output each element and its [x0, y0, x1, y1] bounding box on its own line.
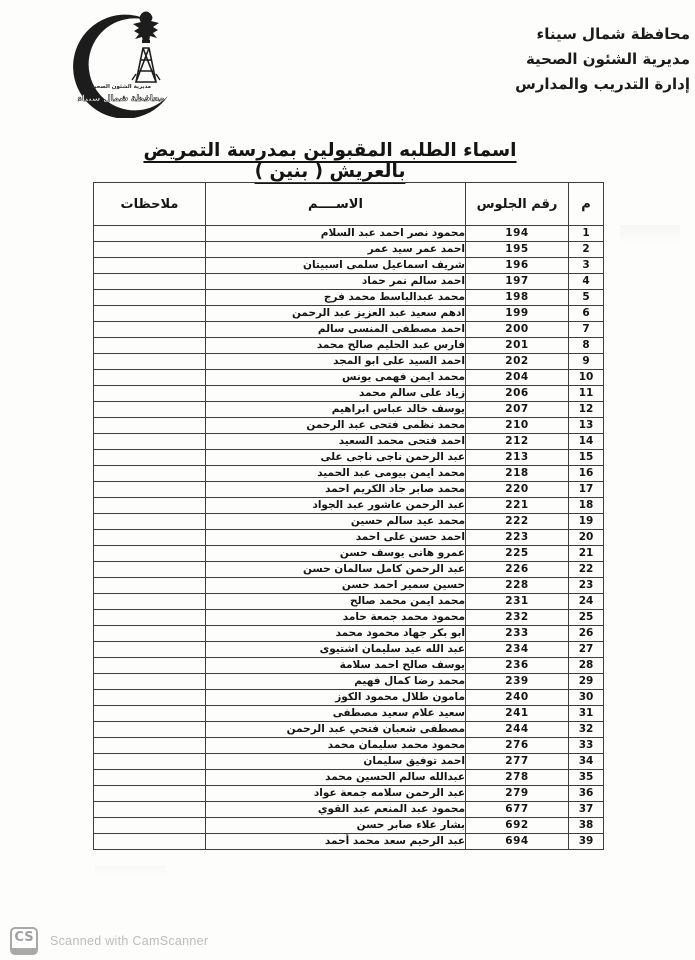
seat-number-cell: 210: [466, 418, 569, 434]
student-name-cell: محمود محمد سليمان محمد: [206, 738, 466, 754]
seat-number-cell: 196: [466, 258, 569, 274]
scan-artifact: [95, 866, 165, 876]
serial-cell: 18: [569, 498, 604, 514]
serial-cell: 1: [569, 226, 604, 242]
notes-cell: [94, 626, 206, 642]
table-row: 8201فارس عبد الحليم صالح محمد: [94, 338, 604, 354]
notes-cell: [94, 482, 206, 498]
camscanner-logo-icon: CS: [10, 927, 38, 955]
table-row: 10204محمد ايمن فهمى يونس: [94, 370, 604, 386]
notes-cell: [94, 434, 206, 450]
student-name-cell: ابو بكر جهاد محمود محمد: [206, 626, 466, 642]
seat-number-cell: 241: [466, 706, 569, 722]
serial-cell: 36: [569, 786, 604, 802]
serial-cell: 30: [569, 690, 604, 706]
org-line-directorate: مديرية الشئون الصحية: [515, 47, 690, 72]
seat-number-cell: 195: [466, 242, 569, 258]
seat-number-cell: 225: [466, 546, 569, 562]
notes-cell: [94, 306, 206, 322]
table-row: 34277احمد توفيق سليمان: [94, 754, 604, 770]
seat-number-cell: 204: [466, 370, 569, 386]
student-name-cell: محمد رضا كمال فهيم: [206, 674, 466, 690]
table-row: 14212احمد فتحى محمد السعيد: [94, 434, 604, 450]
student-name-cell: حسين سمير احمد حسن: [206, 578, 466, 594]
seat-number-cell: 223: [466, 530, 569, 546]
student-name-cell: محمود نصر احمد عبد السلام: [206, 226, 466, 242]
notes-cell: [94, 738, 206, 754]
seat-number-cell: 694: [466, 834, 569, 850]
oil-derrick-icon: [132, 48, 160, 82]
student-name-cell: مصطفى شعبان فتحي عبد الرحمن: [206, 722, 466, 738]
serial-cell: 3: [569, 258, 604, 274]
logo-band-text: محافظة شمال سيناء: [78, 94, 165, 104]
seat-number-cell: 198: [466, 290, 569, 306]
serial-cell: 24: [569, 594, 604, 610]
serial-cell: 13: [569, 418, 604, 434]
table-row: 32244مصطفى شعبان فتحي عبد الرحمن: [94, 722, 604, 738]
table-header-row: م رقم الجلوس الاســــم ملاحظات: [94, 183, 604, 226]
serial-cell: 21: [569, 546, 604, 562]
table-row: 9202احمد السيد على ابو المجد: [94, 354, 604, 370]
student-name-cell: زياد على سالم محمد: [206, 386, 466, 402]
table-row: 13210محمد نظمى فتحى عبد الرحمن: [94, 418, 604, 434]
seat-number-cell: 278: [466, 770, 569, 786]
table-row: 35278عبدالله سالم الحسين محمد: [94, 770, 604, 786]
serial-cell: 28: [569, 658, 604, 674]
notes-cell: [94, 642, 206, 658]
notes-cell: [94, 770, 206, 786]
student-name-cell: احمد فتحى محمد السعيد: [206, 434, 466, 450]
table-row: 28236يوسف صالح احمد سلامة: [94, 658, 604, 674]
table-row: 18221عبد الرحمن عاشور عبد الجواد: [94, 498, 604, 514]
notes-cell: [94, 290, 206, 306]
table-row: 17220محمد صابر جاد الكريم احمد: [94, 482, 604, 498]
student-name-cell: محمد ايمن محمد صالح: [206, 594, 466, 610]
table-row: 6199ادهم سعيد عبد العزيز عبد الرحمن: [94, 306, 604, 322]
seat-number-cell: 201: [466, 338, 569, 354]
letterhead: محافظة شمال سيناء مديرية الشئون الصحية إ…: [515, 22, 690, 97]
notes-cell: [94, 450, 206, 466]
student-name-cell: احمد حسن على احمد: [206, 530, 466, 546]
serial-cell: 2: [569, 242, 604, 258]
notes-cell: [94, 386, 206, 402]
serial-cell: 20: [569, 530, 604, 546]
serial-cell: 34: [569, 754, 604, 770]
table-row: 21225عمرو هانى يوسف حسن: [94, 546, 604, 562]
emblem-svg: مديرية الشئون الصحية محافظة شمال سيناء: [44, 8, 200, 118]
notes-cell: [94, 818, 206, 834]
seat-number-cell: 239: [466, 674, 569, 690]
serial-cell: 35: [569, 770, 604, 786]
table-row: 1194محمود نصر احمد عبد السلام: [94, 226, 604, 242]
scanned-document: مديرية الشئون الصحية محافظة شمال سيناء م…: [0, 0, 695, 960]
serial-cell: 25: [569, 610, 604, 626]
table-row: 20223احمد حسن على احمد: [94, 530, 604, 546]
serial-cell: 29: [569, 674, 604, 690]
notes-cell: [94, 274, 206, 290]
seat-number-cell: 692: [466, 818, 569, 834]
serial-cell: 6: [569, 306, 604, 322]
student-name-cell: يوسف صالح احمد سلامة: [206, 658, 466, 674]
student-name-cell: عبد الله عيد سليمان اشتيوى: [206, 642, 466, 658]
org-line-department: إدارة التدريب والمدارس: [515, 72, 690, 97]
camscanner-caption: Scanned with CamScanner: [50, 934, 208, 948]
student-name-cell: عبد الرحمن سلامه جمعة عواد: [206, 786, 466, 802]
notes-cell: [94, 514, 206, 530]
table-row: 25232محمود محمد جمعة حامد: [94, 610, 604, 626]
seat-number-header: رقم الجلوس: [466, 183, 569, 226]
student-name-cell: عبد الرحيم سعد محمد أحمد: [206, 834, 466, 850]
seat-number-cell: 221: [466, 498, 569, 514]
notes-cell: [94, 402, 206, 418]
org-line-governorate: محافظة شمال سيناء: [515, 22, 690, 47]
serial-cell: 39: [569, 834, 604, 850]
student-name-cell: محمد ايمن بيومى عبد الحميد: [206, 466, 466, 482]
serial-cell: 16: [569, 466, 604, 482]
table-row: 4197احمد سالم نمر حماد: [94, 274, 604, 290]
notes-cell: [94, 802, 206, 818]
table-row: 39694عبد الرحيم سعد محمد أحمد: [94, 834, 604, 850]
table-row: 11206زياد على سالم محمد: [94, 386, 604, 402]
serial-cell: 5: [569, 290, 604, 306]
serial-cell: 11: [569, 386, 604, 402]
serial-cell: 32: [569, 722, 604, 738]
table-row: 3196شريف اسماعيل سلمى اسبيتان: [94, 258, 604, 274]
seat-number-cell: 199: [466, 306, 569, 322]
notes-cell: [94, 338, 206, 354]
seat-number-cell: 677: [466, 802, 569, 818]
notes-cell: [94, 370, 206, 386]
seat-number-cell: 232: [466, 610, 569, 626]
student-name-cell: احمد السيد على ابو المجد: [206, 354, 466, 370]
seat-number-cell: 277: [466, 754, 569, 770]
logo-small-text: مديرية الشئون الصحية: [91, 84, 151, 90]
student-name-cell: احمد توفيق سليمان: [206, 754, 466, 770]
serial-cell: 37: [569, 802, 604, 818]
serial-cell: 38: [569, 818, 604, 834]
serial-cell: 26: [569, 626, 604, 642]
notes-cell: [94, 466, 206, 482]
student-name-cell: محمد نظمى فتحى عبد الرحمن: [206, 418, 466, 434]
seat-number-cell: 206: [466, 386, 569, 402]
notes-cell: [94, 786, 206, 802]
student-name-cell: محمد ايمن فهمى يونس: [206, 370, 466, 386]
seat-number-cell: 197: [466, 274, 569, 290]
notes-cell: [94, 594, 206, 610]
notes-cell: [94, 754, 206, 770]
seat-number-cell: 236: [466, 658, 569, 674]
student-name-cell: عبدالله سالم الحسين محمد: [206, 770, 466, 786]
notes-cell: [94, 546, 206, 562]
name-header: الاســــم: [206, 183, 466, 226]
seat-number-cell: 279: [466, 786, 569, 802]
notes-cell: [94, 354, 206, 370]
table-row: 29239محمد رضا كمال فهيم: [94, 674, 604, 690]
student-name-cell: بشار علاء صابر حسن: [206, 818, 466, 834]
student-name-cell: فارس عبد الحليم صالح محمد: [206, 338, 466, 354]
notes-cell: [94, 722, 206, 738]
student-name-cell: عبد الرحمن ناجى ناجى على: [206, 450, 466, 466]
seat-number-cell: 220: [466, 482, 569, 498]
seat-number-cell: 276: [466, 738, 569, 754]
notes-cell: [94, 226, 206, 242]
student-name-cell: مامون طلال محمود الكوز: [206, 690, 466, 706]
notes-cell: [94, 658, 206, 674]
notes-cell: [94, 258, 206, 274]
seat-number-cell: 240: [466, 690, 569, 706]
student-name-cell: احمد سالم نمر حماد: [206, 274, 466, 290]
notes-header: ملاحظات: [94, 183, 206, 226]
student-name-cell: يوسف خالد عباس ابراهيم: [206, 402, 466, 418]
seat-number-cell: 212: [466, 434, 569, 450]
seat-number-cell: 231: [466, 594, 569, 610]
student-name-cell: شريف اسماعيل سلمى اسبيتان: [206, 258, 466, 274]
serial-cell: 33: [569, 738, 604, 754]
table-row: 2195احمد عمر سيد عمر: [94, 242, 604, 258]
seat-number-cell: 218: [466, 466, 569, 482]
table-row: 16218محمد ايمن بيومى عبد الحميد: [94, 466, 604, 482]
table-row: 23228حسين سمير احمد حسن: [94, 578, 604, 594]
student-name-cell: محمود محمد جمعة حامد: [206, 610, 466, 626]
table-row: 7200احمد مصطفى المنسى سالم: [94, 322, 604, 338]
seat-number-cell: 234: [466, 642, 569, 658]
students-table: م رقم الجلوس الاســــم ملاحظات 1194محمود…: [93, 182, 604, 850]
student-name-cell: محمود عبد المنعم عبد القوي: [206, 802, 466, 818]
notes-cell: [94, 578, 206, 594]
notes-cell: [94, 322, 206, 338]
table-row: 36279عبد الرحمن سلامه جمعة عواد: [94, 786, 604, 802]
student-name-cell: احمد مصطفى المنسى سالم: [206, 322, 466, 338]
table-row: 24231محمد ايمن محمد صالح: [94, 594, 604, 610]
serial-cell: 12: [569, 402, 604, 418]
seat-number-cell: 213: [466, 450, 569, 466]
notes-cell: [94, 242, 206, 258]
serial-cell: 14: [569, 434, 604, 450]
seat-number-cell: 207: [466, 402, 569, 418]
camscanner-logo-bar: [11, 948, 37, 954]
seat-number-cell: 228: [466, 578, 569, 594]
table-row: 22226عبد الرحمن كامل سالمان حسن: [94, 562, 604, 578]
student-name-cell: محمد صابر جاد الكريم احمد: [206, 482, 466, 498]
camscanner-footer: CS Scanned with CamScanner: [10, 926, 208, 956]
serial-cell: 15: [569, 450, 604, 466]
student-name-cell: محمد عبدالباسط محمد فرج: [206, 290, 466, 306]
serial-cell: 7: [569, 322, 604, 338]
table-row: 37677محمود عبد المنعم عبد القوي: [94, 802, 604, 818]
seat-number-cell: 233: [466, 626, 569, 642]
notes-cell: [94, 562, 206, 578]
page-title: اسماء الطلبه المقبولين بمدرسة التمريض با…: [110, 140, 550, 182]
table-row: 12207يوسف خالد عباس ابراهيم: [94, 402, 604, 418]
scan-artifact: [620, 225, 680, 245]
table-row: 33276محمود محمد سليمان محمد: [94, 738, 604, 754]
seat-number-cell: 222: [466, 514, 569, 530]
table-row: 19222محمد عيد سالم حسين: [94, 514, 604, 530]
table-row: 15213عبد الرحمن ناجى ناجى على: [94, 450, 604, 466]
notes-cell: [94, 498, 206, 514]
serial-cell: 31: [569, 706, 604, 722]
notes-cell: [94, 610, 206, 626]
table-row: 26233ابو بكر جهاد محمود محمد: [94, 626, 604, 642]
notes-cell: [94, 674, 206, 690]
notes-cell: [94, 834, 206, 850]
notes-cell: [94, 418, 206, 434]
serial-header: م: [569, 183, 604, 226]
student-name-cell: سعيد علام سعيد مصطفى: [206, 706, 466, 722]
seat-number-cell: 200: [466, 322, 569, 338]
governorate-logo: مديرية الشئون الصحية محافظة شمال سيناء: [44, 8, 200, 118]
student-name-cell: عبد الرحمن عاشور عبد الجواد: [206, 498, 466, 514]
seat-number-cell: 244: [466, 722, 569, 738]
serial-cell: 9: [569, 354, 604, 370]
serial-cell: 27: [569, 642, 604, 658]
notes-cell: [94, 706, 206, 722]
seat-number-cell: 202: [466, 354, 569, 370]
students-table-body: 1194محمود نصر احمد عبد السلام2195احمد عم…: [94, 226, 604, 850]
notes-cell: [94, 690, 206, 706]
student-name-cell: عمرو هانى يوسف حسن: [206, 546, 466, 562]
serial-cell: 22: [569, 562, 604, 578]
table-row: 5198محمد عبدالباسط محمد فرج: [94, 290, 604, 306]
table-row: 38692بشار علاء صابر حسن: [94, 818, 604, 834]
student-name-cell: ادهم سعيد عبد العزيز عبد الرحمن: [206, 306, 466, 322]
serial-cell: 8: [569, 338, 604, 354]
camscanner-logo-text: CS: [14, 929, 33, 947]
student-name-cell: محمد عيد سالم حسين: [206, 514, 466, 530]
serial-cell: 4: [569, 274, 604, 290]
serial-cell: 19: [569, 514, 604, 530]
serial-cell: 10: [569, 370, 604, 386]
table-row: 31241سعيد علام سعيد مصطفى: [94, 706, 604, 722]
serial-cell: 23: [569, 578, 604, 594]
seat-number-cell: 226: [466, 562, 569, 578]
notes-cell: [94, 530, 206, 546]
serial-cell: 17: [569, 482, 604, 498]
table-row: 27234عبد الله عيد سليمان اشتيوى: [94, 642, 604, 658]
seat-number-cell: 194: [466, 226, 569, 242]
student-name-cell: عبد الرحمن كامل سالمان حسن: [206, 562, 466, 578]
table-row: 30240مامون طلال محمود الكوز: [94, 690, 604, 706]
student-name-cell: احمد عمر سيد عمر: [206, 242, 466, 258]
